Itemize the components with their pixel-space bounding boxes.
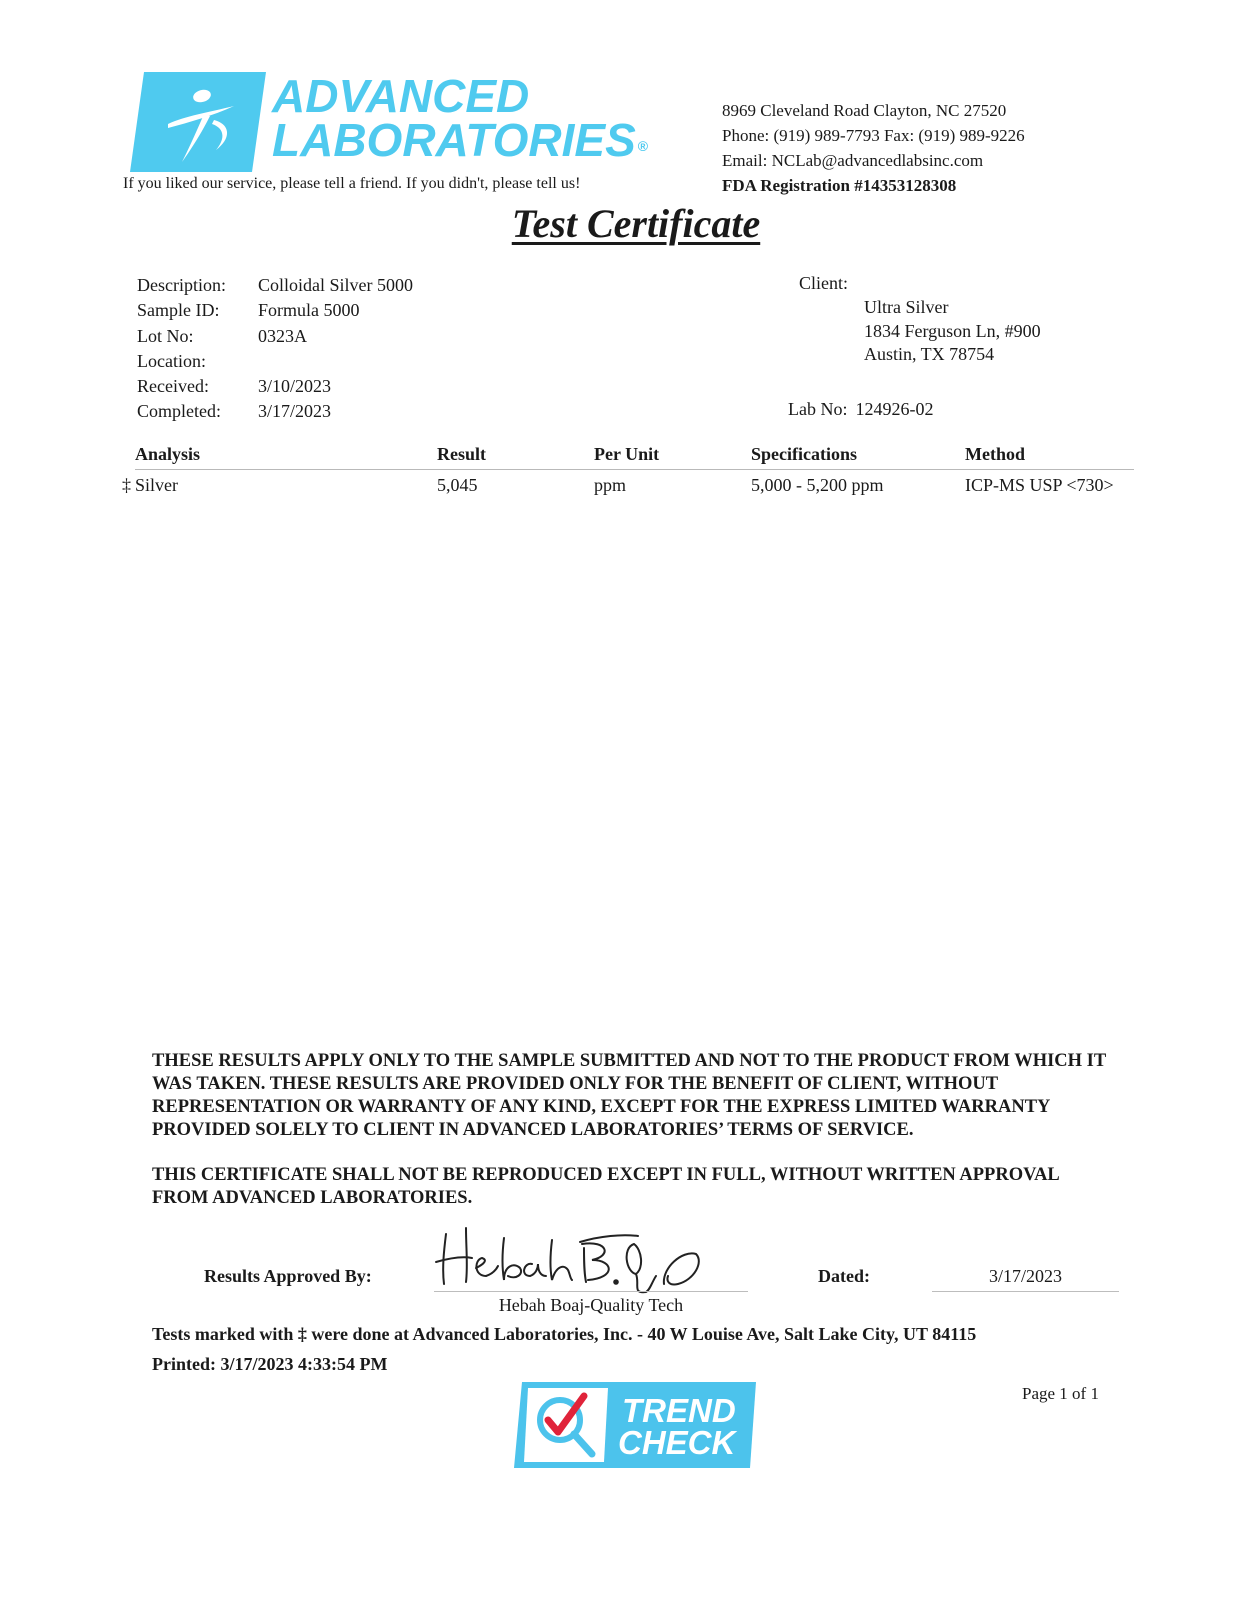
cell-specifications: 5,000 - 5,200 ppm — [751, 475, 965, 496]
tagline: If you liked our service, please tell a … — [123, 175, 580, 193]
fda-registration: FDA Registration #14353128308 — [722, 173, 1025, 198]
field-label: Completed: — [137, 399, 258, 424]
signer-name: Hebah Boaj-Quality Tech — [434, 1295, 748, 1316]
results-table: Analysis Result Per Unit Specifications … — [135, 444, 1134, 500]
signature-icon — [432, 1220, 722, 1300]
company-logo-wordmark: ADVANCED LABORATORIES® — [272, 74, 648, 162]
dated-value: 3/17/2023 — [932, 1266, 1119, 1287]
col-method: Method — [965, 444, 1134, 469]
lab-phone-fax: Phone: (919) 989-7793 Fax: (919) 989-922… — [722, 123, 1025, 148]
field-lot-no: Lot No:0323A — [137, 324, 413, 349]
disclaimer-reproduction: THIS CERTIFICATE SHALL NOT BE REPRODUCED… — [152, 1164, 1112, 1210]
field-location: Location: — [137, 349, 413, 374]
cell-method: ICP-MS USP <730> — [965, 475, 1134, 496]
table-row: ‡ Silver 5,045 ppm 5,000 - 5,200 ppm ICP… — [135, 470, 1134, 500]
offsite-marker: ‡ — [122, 475, 131, 496]
client-details: Ultra Silver 1834 Ferguson Ln, #900 Aust… — [864, 296, 1041, 367]
field-label: Location: — [137, 349, 258, 374]
logo-line-1: ADVANCED — [272, 74, 648, 118]
field-completed: Completed:3/17/2023 — [137, 399, 413, 424]
lab-contact-block: 8969 Cleveland Road Clayton, NC 27520 Ph… — [722, 98, 1025, 198]
col-per-unit: Per Unit — [594, 444, 751, 469]
lab-number-label: Lab No: — [788, 399, 847, 419]
badge-line-2: CHECK — [618, 1424, 738, 1461]
table-header: Analysis Result Per Unit Specifications … — [135, 444, 1134, 470]
client-label: Client: — [799, 273, 848, 294]
field-value: Colloidal Silver 5000 — [258, 273, 413, 298]
lab-address: 8969 Cleveland Road Clayton, NC 27520 — [722, 98, 1025, 123]
field-description: Description:Colloidal Silver 5000 — [137, 273, 413, 298]
page-number: Page 1 of 1 — [1022, 1384, 1099, 1404]
dated-label: Dated: — [818, 1266, 870, 1287]
cell-analysis: Silver — [135, 475, 437, 496]
lab-email: Email: NCLab@advancedlabsinc.com — [722, 148, 1025, 173]
page-title: Test Certificate — [0, 200, 1236, 247]
offsite-testing-note: Tests marked with ‡ were done at Advance… — [152, 1324, 976, 1345]
field-label: Sample ID: — [137, 298, 258, 323]
field-value: 3/17/2023 — [258, 399, 331, 424]
printed-timestamp: Printed: 3/17/2023 4:33:54 PM — [152, 1354, 387, 1375]
registered-mark: ® — [638, 138, 648, 154]
field-value: Formula 5000 — [258, 298, 360, 323]
col-analysis: Analysis — [135, 444, 437, 469]
col-specifications: Specifications — [751, 444, 965, 469]
disclaimer-results: THESE RESULTS APPLY ONLY TO THE SAMPLE S… — [152, 1050, 1112, 1142]
logo-line-2: LABORATORIES — [272, 114, 636, 166]
field-sample-id: Sample ID:Formula 5000 — [137, 298, 413, 323]
cell-unit: ppm — [594, 475, 751, 496]
sample-details: Description:Colloidal Silver 5000 Sample… — [137, 273, 413, 425]
trend-check-badge-icon: TREND CHECK — [514, 1382, 756, 1468]
field-label: Lot No: — [137, 324, 258, 349]
client-name: Ultra Silver — [864, 296, 1041, 320]
signature-line — [434, 1291, 748, 1292]
field-label: Received: — [137, 374, 258, 399]
client-address-1: 1834 Ferguson Ln, #900 — [864, 320, 1041, 344]
cell-result: 5,045 — [437, 475, 594, 496]
col-result: Result — [437, 444, 594, 469]
lab-number-value: 124926-02 — [855, 399, 933, 419]
approved-by-label: Results Approved By: — [204, 1266, 372, 1287]
field-label: Description: — [137, 273, 258, 298]
field-value: 0323A — [258, 324, 307, 349]
company-logo-icon — [130, 72, 266, 172]
client-address-2: Austin, TX 78754 — [864, 343, 1041, 367]
lab-number: Lab No:124926-02 — [788, 399, 933, 420]
field-value: 3/10/2023 — [258, 374, 331, 399]
disclaimer: THESE RESULTS APPLY ONLY TO THE SAMPLE S… — [152, 1050, 1112, 1232]
field-received: Received:3/10/2023 — [137, 374, 413, 399]
dated-line — [932, 1291, 1119, 1292]
